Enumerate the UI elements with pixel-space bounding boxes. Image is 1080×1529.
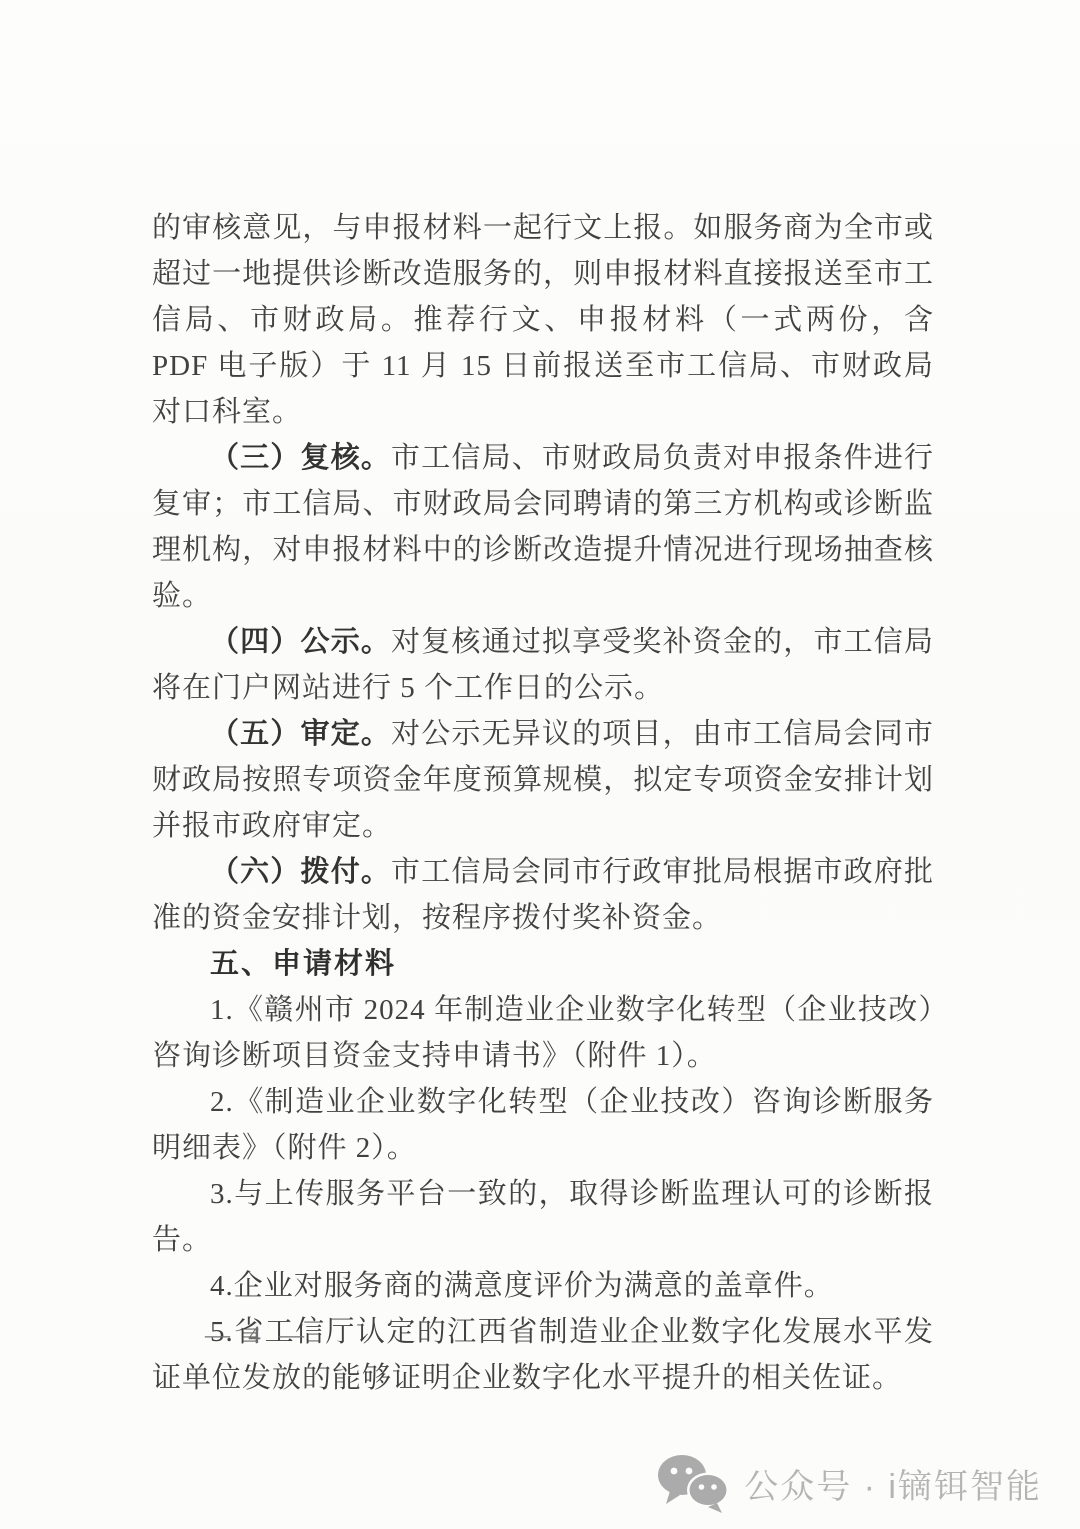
paragraph: 4.企业对服务商的满意度评价为满意的盖章件。 bbox=[152, 1263, 934, 1309]
paragraph: 2.《制造业企业数字化转型（企业技改）咨询诊断服务明细表》（附件 2）。 bbox=[152, 1079, 934, 1171]
paragraph: 的审核意见，与申报材料一起行文上报。如服务商为全市或超过一地提供诊断改造服务的，… bbox=[152, 205, 934, 435]
section-label: （五）审定。 bbox=[210, 718, 391, 750]
section-heading: 五、申请材料 bbox=[152, 941, 934, 987]
wechat-icon bbox=[656, 1452, 730, 1514]
section-label: （三）复核。 bbox=[210, 442, 391, 474]
section-label: （四）公示。 bbox=[210, 626, 391, 658]
section-label: （六）拨付。 bbox=[210, 856, 391, 888]
paragraph: （四）公示。对复核通过拟享受奖补资金的，市工信局将在门户网站进行 5 个工作日的… bbox=[152, 619, 934, 711]
paragraph: 3.与上传服务平台一致的，取得诊断监理认可的诊断报告。 bbox=[152, 1171, 934, 1263]
paragraph: （六）拨付。市工信局会同市行政审批局根据市政府批准的资金安排计划，按程序拨付奖补… bbox=[152, 849, 934, 941]
document-page: 的审核意见，与申报材料一起行文上报。如服务商为全市或超过一地提供诊断改造服务的，… bbox=[0, 0, 1080, 1529]
paragraph: （五）审定。对公示无异议的项目，由市工信局会同市财政局按照专项资金年度预算规模，… bbox=[152, 711, 934, 849]
watermark: 公众号 · i镝铒智能 bbox=[656, 1452, 1042, 1514]
paragraph: （三）复核。市工信局、市财政局负责对申报条件进行复审；市工信局、市财政局会同聘请… bbox=[152, 435, 934, 619]
paragraph: 1.《赣州市 2024 年制造业企业数字化转型（企业技改）咨询诊断项目资金支持申… bbox=[152, 987, 934, 1079]
document-body: 的审核意见，与申报材料一起行文上报。如服务商为全市或超过一地提供诊断改造服务的，… bbox=[152, 205, 934, 1401]
page-number: — 4 — bbox=[205, 1322, 310, 1350]
watermark-text: 公众号 · i镝铒智能 bbox=[744, 1459, 1042, 1508]
